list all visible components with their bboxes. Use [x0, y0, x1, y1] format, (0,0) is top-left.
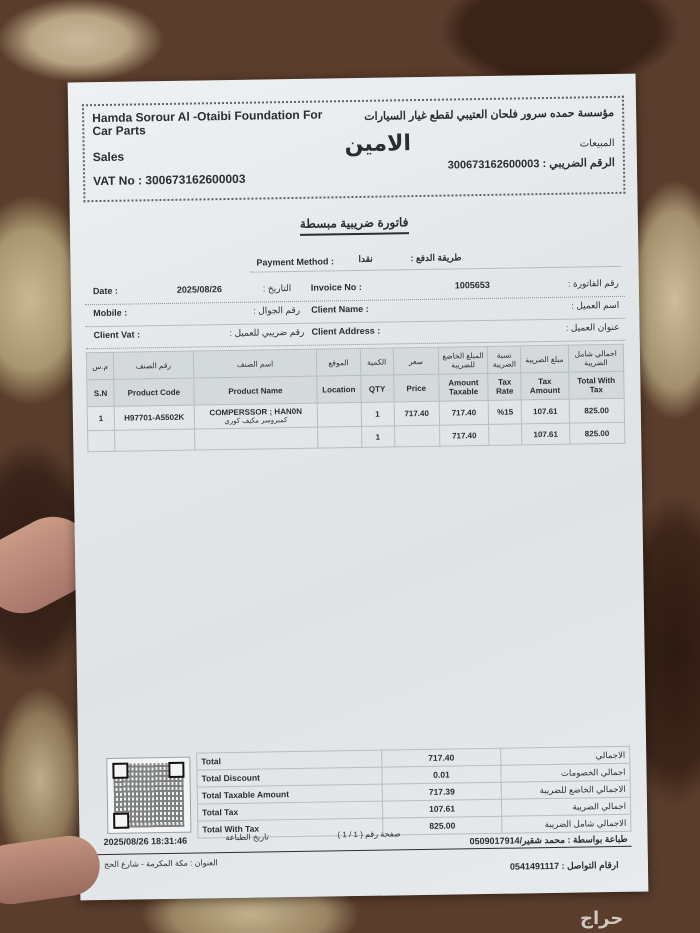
watermark-logo: حراج: [580, 908, 623, 929]
invoice-paper: Hamda Sorour Al -Otaibi Foundation For C…: [68, 74, 649, 901]
summary-taxable: 717.40: [439, 424, 489, 446]
mobile-label-en: Mobile :: [93, 308, 127, 319]
company-name-en: Hamda Sorour Al -Otaibi Foundation For C…: [92, 108, 342, 138]
taxable-value: 717.39: [382, 782, 501, 801]
th-ar-location: الموقع: [317, 348, 361, 376]
vat-number-ar: الرقم الضريبي : 300673162600003: [448, 156, 615, 172]
th-ar-total: اجمالي شامل الضريبة: [568, 344, 624, 372]
contact-numbers: ارقام التواصل : 0541491117: [510, 860, 619, 873]
cell-location: [317, 402, 361, 427]
th-ar-price: سعر: [393, 347, 439, 375]
payment-method-value: نقدا: [358, 254, 372, 265]
invoice-label-ar: رقم الفاتورة :: [568, 278, 619, 290]
tax-value: 107.61: [382, 799, 501, 818]
summary-empty-2: [115, 429, 195, 451]
summary-empty-1: [88, 430, 115, 451]
vat-value-ar: 300673162600003: [448, 158, 540, 171]
summary-tax: 107.61: [522, 423, 570, 445]
company-header: Hamda Sorour Al -Otaibi Foundation For C…: [82, 96, 625, 203]
client-name-label-en: Client Name :: [311, 304, 369, 315]
cell-name: COMPERSSOR ; HAN0N كمبروسر مكيف كوري: [194, 403, 318, 429]
total-label-ar: الاجمالي: [501, 746, 630, 765]
invoice-label-en: Invoice No :: [311, 282, 362, 293]
cell-rate: %15: [488, 400, 522, 425]
th-location: Location: [317, 375, 361, 403]
client-name-label-ar: اسم العميل :: [571, 300, 619, 312]
document-title: فاتورة ضريبية مبسطة: [300, 215, 409, 236]
cell-total: 825.00: [569, 398, 625, 423]
th-name: Product Name: [193, 376, 317, 405]
summary-total: 825.00: [569, 422, 625, 444]
th-ar-rate: نسبة الضريبة: [487, 346, 521, 374]
print-date-label: تاريخ الطباعة: [225, 832, 268, 842]
invoice-number: 1005653: [455, 280, 490, 291]
grand-total-value: 825.00: [383, 816, 502, 835]
client-vat-label-en: Client Vat :: [94, 329, 141, 340]
date-label-ar: التاريخ :: [263, 283, 292, 294]
payment-method-label-ar: طريقة الدفع :: [410, 252, 461, 264]
discount-value: 0.01: [382, 765, 501, 784]
taxable-label-ar: الاجمالي الخاضع للضريبة: [501, 780, 630, 799]
th-ar-qty: الكمية: [360, 348, 394, 376]
qr-code: [106, 757, 191, 834]
summary-empty-3: [194, 427, 318, 450]
payment-method-row: Payment Method : نقدا طريقة الدفع :: [250, 250, 620, 273]
payment-method-label-en: Payment Method :: [256, 256, 334, 267]
th-code: Product Code: [114, 378, 194, 406]
date-label-en: Date :: [93, 286, 118, 296]
th-tax: Tax Amount: [521, 372, 569, 400]
th-price: Price: [393, 374, 439, 402]
cell-tax: 107.61: [522, 399, 570, 424]
qr-corner-icon: [168, 762, 184, 778]
grand-total-label-ar: الاجمالي شامل الضريبة: [502, 814, 631, 833]
th-ar-tax: مبلغ الضريبة: [521, 345, 569, 373]
th-rate: Tax Rate: [488, 373, 522, 401]
th-taxable: Amount Taxable: [439, 373, 489, 401]
footer-divider: [94, 846, 632, 855]
date-value: 2025/08/26: [177, 284, 222, 295]
th-sn: S.N: [87, 379, 115, 406]
brand-name: الامين: [344, 131, 411, 157]
th-ar-code: رقم الصنف: [113, 351, 193, 379]
client-vat-label-ar: رقم ضريبي للعميل :: [229, 327, 304, 339]
client-address-label-ar: عنوان العميل :: [566, 322, 620, 334]
th-ar-sn: م.س: [86, 352, 114, 379]
cell-taxable: 717.40: [439, 400, 489, 425]
vat-number-en: VAT No : 300673162600003: [93, 172, 246, 188]
vat-label-ar: الرقم الضريبي :: [542, 157, 615, 170]
cell-code: H97701-A5502K: [114, 405, 194, 430]
total-value: 717.40: [382, 748, 501, 767]
qr-corner-icon: [113, 813, 129, 829]
company-name-ar: مؤسسة حمده سرور فلحان العتيبي لقطع غيار …: [364, 106, 614, 123]
sales-label-en: Sales: [93, 150, 125, 164]
th-ar-name: اسم الصنف: [193, 349, 317, 378]
th-total: Total With Tax: [568, 371, 624, 399]
cell-qty: 1: [361, 402, 395, 427]
sales-label-ar: المبيعات: [580, 138, 615, 150]
tax-label-ar: اجمالي الضريبة: [501, 797, 630, 816]
summary-empty-4: [318, 426, 362, 448]
client-address-label-en: Client Address :: [311, 326, 380, 337]
items-table: م.س رقم الصنف اسم الصنف الموقع الكمية سع…: [86, 344, 626, 452]
address: العنوان : مكة المكرمة - شارع الحج: [104, 858, 218, 869]
print-date: 2025/08/26 18:31:46: [103, 836, 187, 847]
th-qty: QTY: [360, 375, 394, 403]
qr-corner-icon: [112, 763, 128, 779]
cell-price: 717.40: [394, 401, 440, 426]
totals-table: Total 717.40 الاجمالي Total Discount 0.0…: [196, 746, 631, 839]
summary-empty-5: [394, 425, 440, 447]
th-ar-taxable: المبلغ الخاضع للضريبة: [438, 346, 488, 374]
summary-qty: 1: [361, 426, 394, 448]
discount-label-ar: اجمالي الخصومات: [501, 763, 630, 782]
mobile-label-ar: رقم الجوال :: [253, 305, 300, 317]
cell-sn: 1: [87, 406, 115, 430]
page-number: صفحة رقم ( 1 / 1 ): [337, 829, 400, 839]
summary-empty-6: [489, 424, 522, 446]
